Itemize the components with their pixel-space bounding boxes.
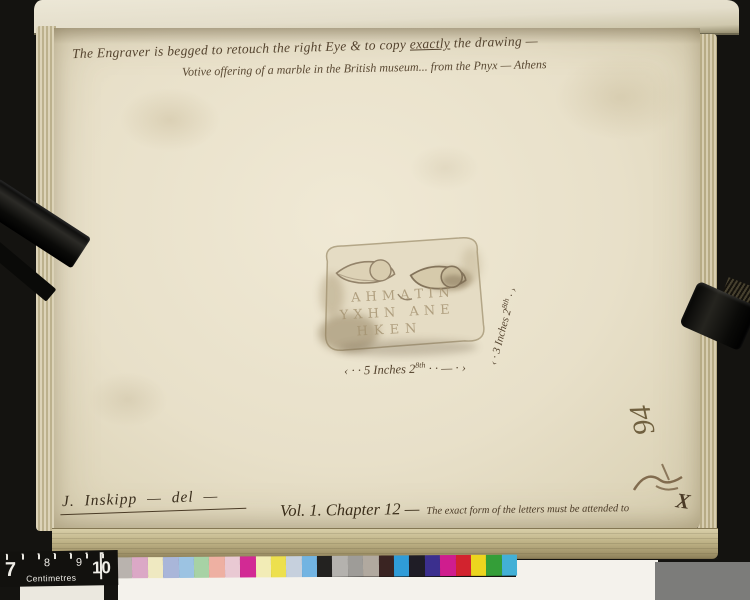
book-bottom-edge: [52, 528, 718, 559]
width-measurement-text: · · — · ›: [425, 361, 466, 376]
color-patch: [502, 555, 518, 576]
engraver-note-text: the drawing —: [450, 33, 538, 50]
engraver-note-emphasis: exactly: [410, 36, 451, 52]
color-patch: [302, 556, 318, 577]
votive-marble-drawing: ΑΗΜΑΤΙΝΥΧΗΝ ΑΝΕΗΚΕΝ: [311, 234, 495, 363]
ruler-number: 8: [44, 557, 50, 569]
backing-sheet: [516, 560, 658, 600]
ruler-number: 7: [5, 559, 17, 582]
gray-reference-patch: [655, 562, 750, 600]
tablet-inscription: ΑΗΜΑΤΙΝΥΧΗΝ ΑΝΕΗΚΕΝ: [311, 234, 495, 363]
color-patch: [163, 557, 179, 578]
color-patch: [440, 555, 456, 576]
color-patch: [117, 557, 133, 578]
color-patch: [209, 557, 225, 578]
color-patch: [409, 555, 425, 576]
color-patch: [225, 557, 241, 578]
color-patch: [348, 556, 364, 577]
color-patch: [178, 557, 194, 578]
color-patch: [148, 557, 164, 578]
color-patch: [317, 556, 333, 577]
color-patch: [132, 557, 148, 578]
ruler-unit-label: Centimetres: [26, 573, 76, 584]
ruler-number: 10: [92, 558, 111, 578]
width-measurement-fraction: 8th: [415, 360, 425, 369]
centimetre-ruler: 78910 Centimetres: [0, 550, 118, 587]
volume-chapter-label: Vol. 1. Chapter 12 —: [280, 499, 420, 520]
color-calibration-bar: [117, 555, 517, 579]
photographed-sketchbook-page: The Engraver is begged to retouch the ri…: [0, 0, 750, 600]
color-patch: [332, 556, 348, 577]
color-patch: [471, 555, 487, 576]
color-patch: [363, 556, 379, 577]
color-patch: [255, 556, 271, 577]
ruler-number: 9: [76, 557, 82, 569]
color-patch: [456, 555, 472, 576]
color-patch: [425, 555, 441, 576]
color-patch: [486, 555, 502, 576]
color-patch: [194, 557, 210, 578]
color-patch: [240, 556, 256, 577]
color-patch: [271, 556, 287, 577]
color-patch: [286, 556, 302, 577]
chapter-note: The exact form of the letters must be at…: [426, 503, 629, 517]
color-patch: [379, 555, 395, 576]
width-measurement-text: ‹ · · 5 Inches 2: [344, 362, 416, 378]
backing-sheet: [118, 577, 518, 600]
color-patch: [394, 555, 410, 576]
